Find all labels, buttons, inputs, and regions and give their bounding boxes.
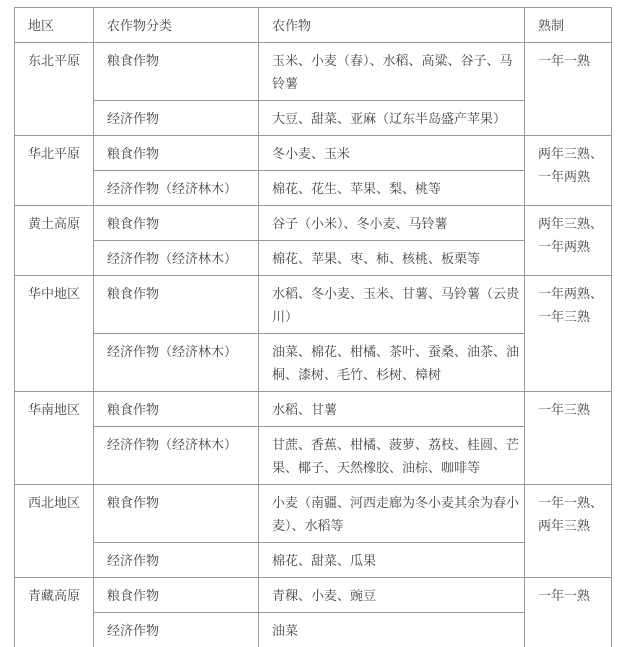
category-cell: 粮食作物 (94, 206, 259, 241)
table-row: 东北平原 粮食作物 玉米、小麦（春）、水稻、高粱、谷子、马铃薯 一年一熟 (15, 43, 612, 101)
crops-cell: 玉米、小麦（春）、水稻、高粱、谷子、马铃薯 (259, 43, 525, 101)
table-row: 经济作物 大豆、甜菜、亚麻（辽东半岛盛产苹果） (15, 101, 612, 136)
crops-cell: 甘蔗、香蕉、柑橘、菠萝、荔枝、桂圆、芒果、椰子、天然橡胶、油棕、咖啡等 (259, 427, 525, 485)
crops-cell: 小麦（南疆、河西走廊为冬小麦其余为春小麦）、水稻等 (259, 485, 525, 543)
category-cell: 经济作物 (94, 543, 259, 578)
region-cell: 青藏高原 (15, 578, 94, 647)
table-row: 华南地区 粮食作物 水稻、甘薯 一年三熟 (15, 392, 612, 427)
column-header-crops: 农作物 (259, 8, 525, 43)
category-cell: 粮食作物 (94, 392, 259, 427)
maturity-cell: 一年两熟、一年三熟 (525, 276, 612, 392)
table-row: 经济作物 油菜 (15, 613, 612, 647)
region-cell: 华南地区 (15, 392, 94, 485)
table-row: 黄土高原 粮食作物 谷子（小米）、冬小麦、马铃薯 两年三熟、一年两熟 (15, 206, 612, 241)
region-cell: 黄土高原 (15, 206, 94, 276)
category-cell: 粮食作物 (94, 43, 259, 101)
category-cell: 经济作物（经济林木） (94, 427, 259, 485)
category-cell: 粮食作物 (94, 485, 259, 543)
maturity-cell: 两年三熟、一年两熟 (525, 136, 612, 206)
table-row: 青藏高原 粮食作物 青稞、小麦、豌豆 一年一熟 (15, 578, 612, 613)
table-row: 经济作物（经济林木） 油菜、棉花、柑橘、茶叶、蚕桑、油茶、油桐、漆树、毛竹、杉树… (15, 334, 612, 392)
header-row: 地区 农作物分类 农作物 熟制 (15, 8, 612, 43)
category-cell: 粮食作物 (94, 136, 259, 171)
category-cell: 粮食作物 (94, 276, 259, 334)
page: 地区 农作物分类 农作物 熟制 东北平原 粮食作物 玉米、小麦（春）、水稻、高粱… (0, 0, 624, 647)
maturity-cell: 一年一熟 (525, 578, 612, 647)
region-cell: 华北平原 (15, 136, 94, 206)
column-header-maturity: 熟制 (525, 8, 612, 43)
crops-cell: 青稞、小麦、豌豆 (259, 578, 525, 613)
region-cell: 华中地区 (15, 276, 94, 392)
table-row: 西北地区 粮食作物 小麦（南疆、河西走廊为冬小麦其余为春小麦）、水稻等 一年一熟… (15, 485, 612, 543)
crops-cell: 棉花、甜菜、瓜果 (259, 543, 525, 578)
region-cell: 东北平原 (15, 43, 94, 136)
crops-cell: 大豆、甜菜、亚麻（辽东半岛盛产苹果） (259, 101, 525, 136)
table-row: 华北平原 粮食作物 冬小麦、玉米 两年三熟、一年两熟 (15, 136, 612, 171)
category-cell: 粮食作物 (94, 578, 259, 613)
table-row: 经济作物（经济林木） 棉花、花生、苹果、梨、桃等 (15, 171, 612, 206)
category-cell: 经济作物（经济林木） (94, 171, 259, 206)
crops-cell: 油菜、棉花、柑橘、茶叶、蚕桑、油茶、油桐、漆树、毛竹、杉树、樟树 (259, 334, 525, 392)
crops-cell: 冬小麦、玉米 (259, 136, 525, 171)
table-row: 华中地区 粮食作物 水稻、冬小麦、玉米、甘薯、马铃薯（云贵川） 一年两熟、一年三… (15, 276, 612, 334)
crops-cell: 棉花、花生、苹果、梨、桃等 (259, 171, 525, 206)
region-cell: 西北地区 (15, 485, 94, 578)
crops-cell: 棉花、苹果、枣、柿、核桃、板栗等 (259, 241, 525, 276)
column-header-region: 地区 (15, 8, 94, 43)
crop-region-table: 地区 农作物分类 农作物 熟制 东北平原 粮食作物 玉米、小麦（春）、水稻、高粱… (14, 7, 612, 647)
table-row: 经济作物 棉花、甜菜、瓜果 (15, 543, 612, 578)
category-cell: 经济作物（经济林木） (94, 334, 259, 392)
maturity-cell: 一年一熟 (525, 43, 612, 136)
crops-cell: 水稻、甘薯 (259, 392, 525, 427)
crops-cell: 水稻、冬小麦、玉米、甘薯、马铃薯（云贵川） (259, 276, 525, 334)
category-cell: 经济作物（经济林木） (94, 241, 259, 276)
table-row: 经济作物（经济林木） 甘蔗、香蕉、柑橘、菠萝、荔枝、桂圆、芒果、椰子、天然橡胶、… (15, 427, 612, 485)
maturity-cell: 一年一熟、两年三熟 (525, 485, 612, 578)
crops-cell: 油菜 (259, 613, 525, 647)
crops-cell: 谷子（小米）、冬小麦、马铃薯 (259, 206, 525, 241)
category-cell: 经济作物 (94, 101, 259, 136)
category-cell: 经济作物 (94, 613, 259, 647)
column-header-category: 农作物分类 (94, 8, 259, 43)
table-row: 经济作物（经济林木） 棉花、苹果、枣、柿、核桃、板栗等 (15, 241, 612, 276)
maturity-cell: 两年三熟、一年两熟 (525, 206, 612, 276)
maturity-cell: 一年三熟 (525, 392, 612, 485)
